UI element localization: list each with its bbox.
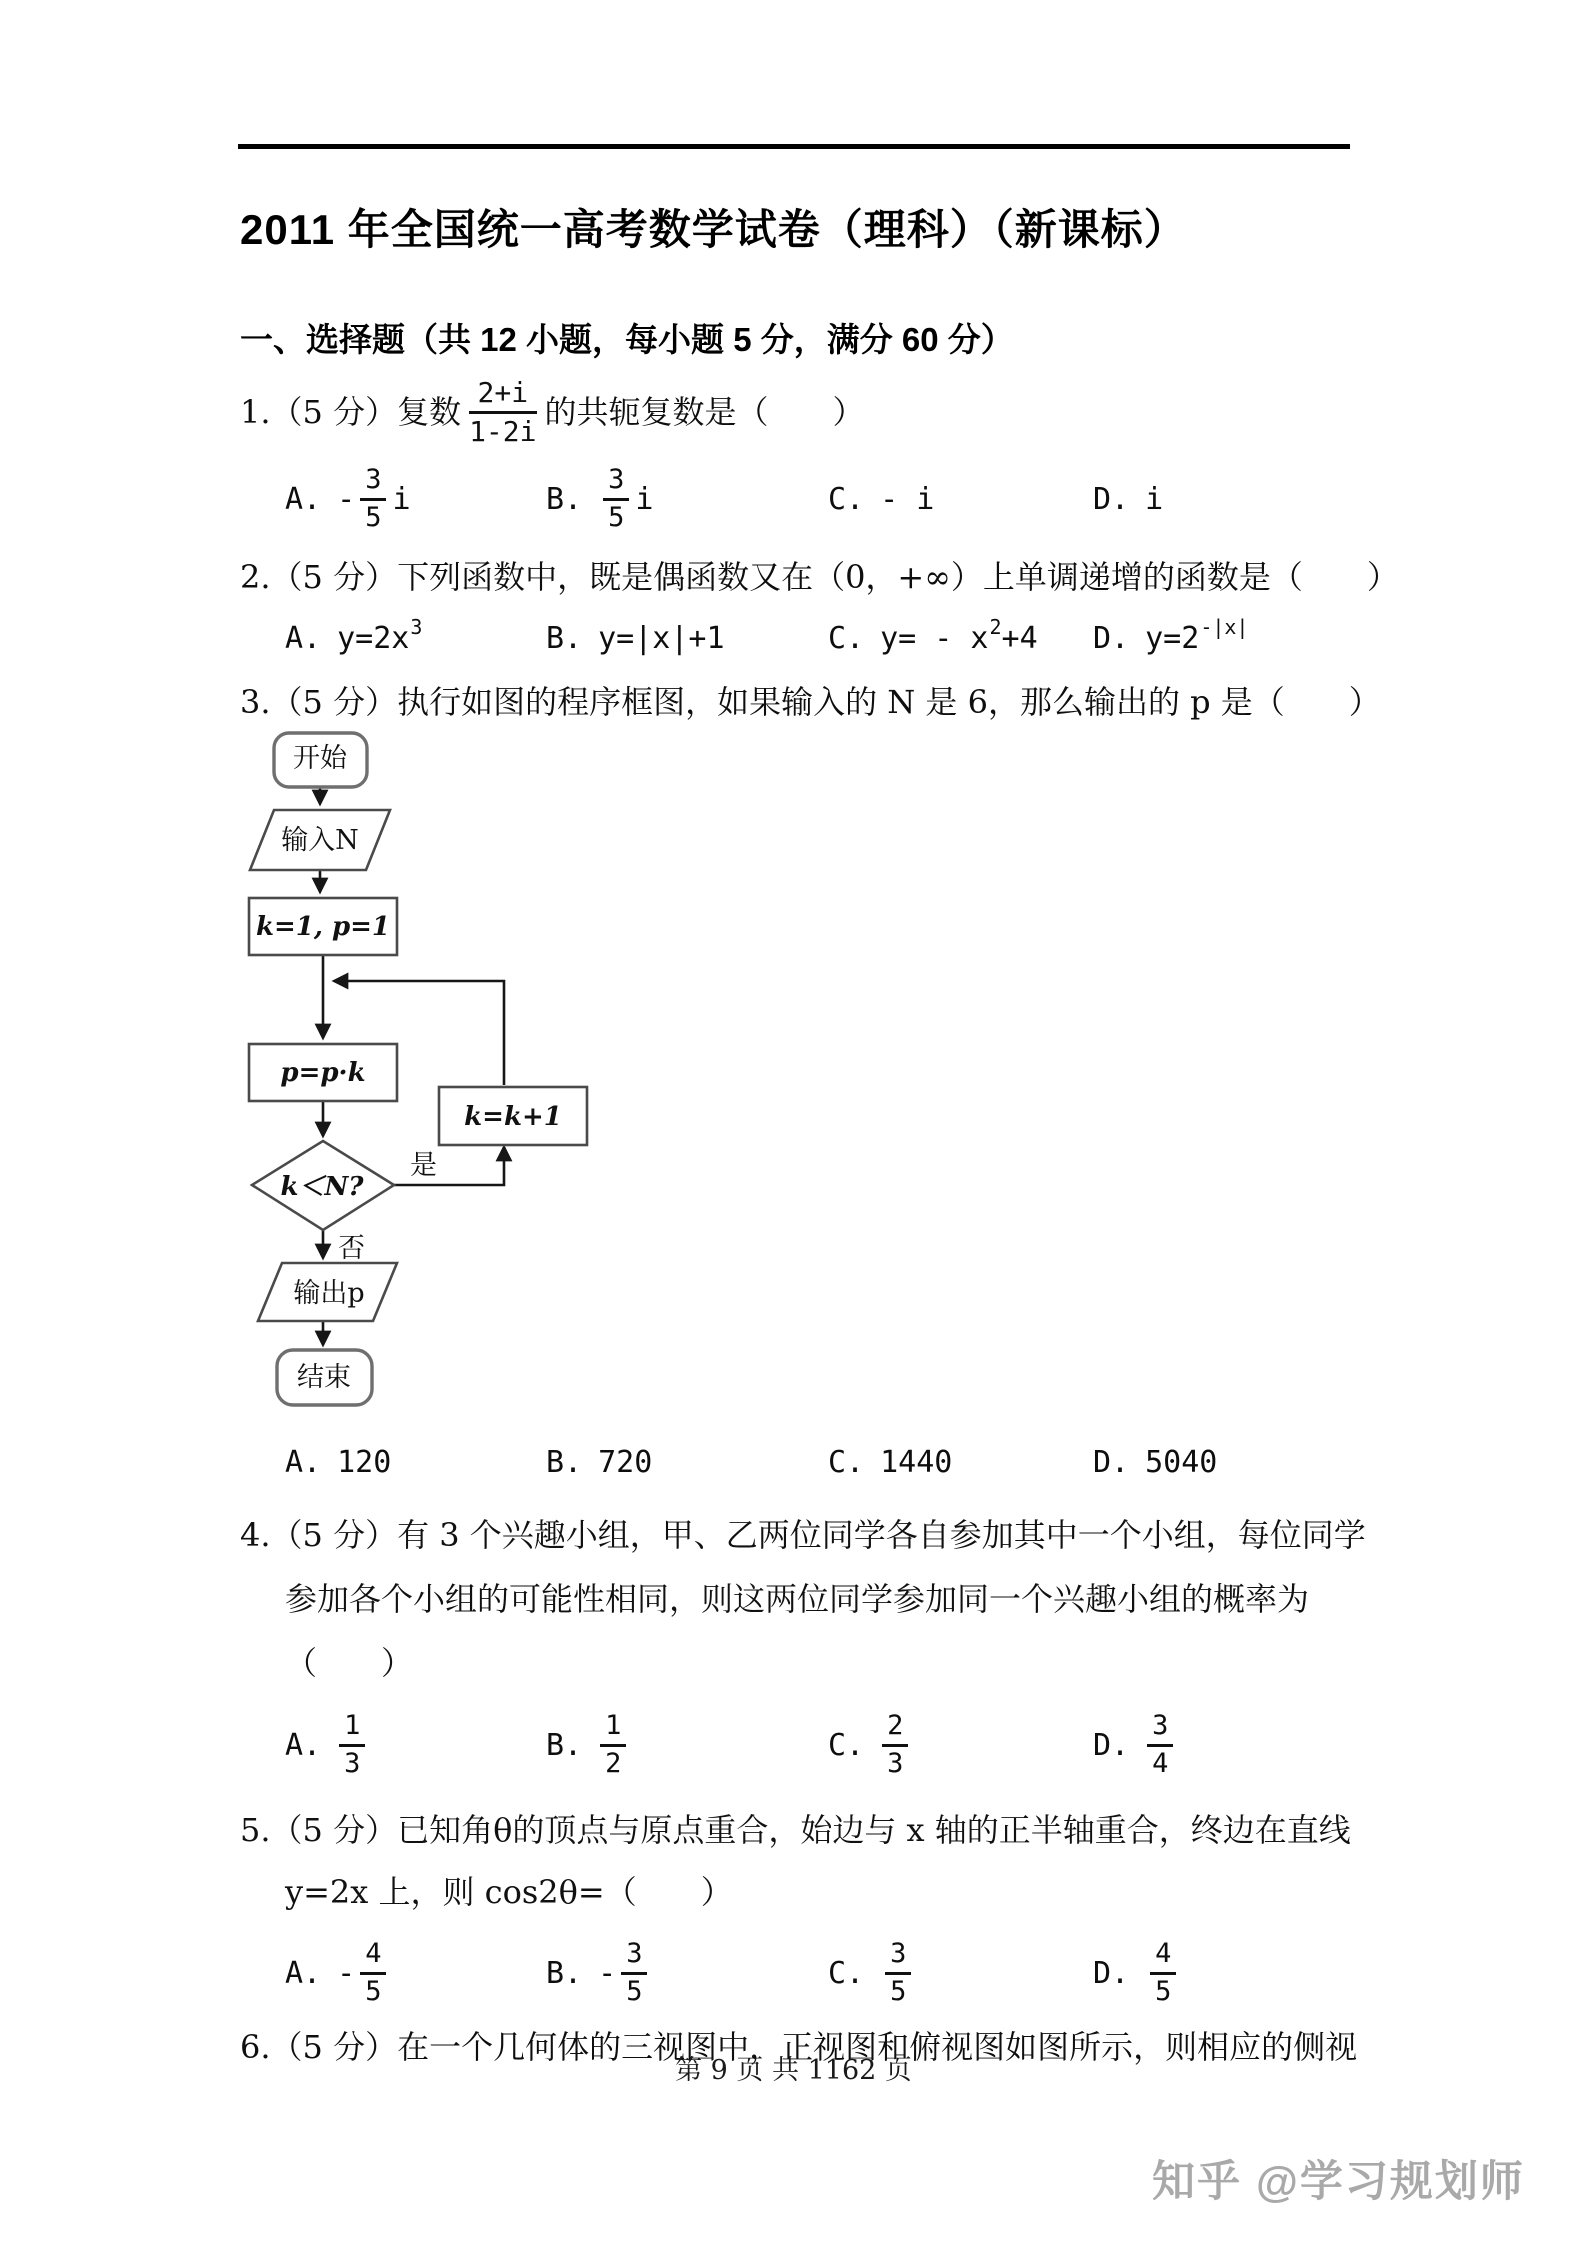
option-3b: B.720 xyxy=(546,1445,828,1480)
question-4-options: A.13 B.12 C.23 D.34 xyxy=(240,1701,1437,1789)
option-4b: B.12 xyxy=(546,1710,828,1781)
watermark: 知乎 @学习规划师 xyxy=(1152,2148,1525,2209)
question-1: 1.（5 分）复数2+i1-2i的共轭复数是（ ） xyxy=(240,376,1437,449)
flowchart-start-label: 开始 xyxy=(293,743,348,774)
question-2-options: A.y=2x3 B.y=|x|+1 C.y= - x2+4 D.y=2-|x| xyxy=(240,613,1437,663)
question-4-line1: 4.（5 分）有 3 个兴趣小组，甲、乙两位同学各自参加其中一个小组，每位同学 xyxy=(240,1503,1437,1567)
flowchart-end-label: 结束 xyxy=(297,1362,351,1393)
question-5: 5.（5 分）已知角θ的顶点与原点重合，始边与 x 轴的正半轴重合，终边在直线 … xyxy=(240,1799,1437,1923)
option-5b-fraction: 35 xyxy=(621,1938,647,2009)
question-5-line1: 5.（5 分）已知角θ的顶点与原点重合，始边与 x 轴的正半轴重合，终边在直线 xyxy=(240,1799,1437,1861)
option-5c: C.35 xyxy=(828,1938,1093,2009)
option-4c: C.23 xyxy=(828,1710,1093,1781)
option-5d-fraction: 45 xyxy=(1150,1938,1176,2009)
question-4-line3: （ ） xyxy=(240,1631,1437,1695)
question-3-options: A.120 B.720 C.1440 D.5040 xyxy=(240,1437,1437,1487)
option-1b: B.35i xyxy=(546,464,828,535)
page-title: 2011 年全国统一高考数学试卷（理科）（新课标） xyxy=(240,205,1437,255)
option-4c-fraction: 23 xyxy=(882,1710,908,1781)
flowchart-no-label: 否 xyxy=(338,1233,365,1264)
flowchart-yes-label: 是 xyxy=(410,1150,437,1181)
flowchart-output-label: 输出p xyxy=(293,1278,364,1309)
option-1b-fraction: 35 xyxy=(603,464,629,535)
question-4: 4.（5 分）有 3 个兴趣小组，甲、乙两位同学各自参加其中一个小组，每位同学 … xyxy=(240,1503,1437,1695)
question-1-fraction: 2+i1-2i xyxy=(469,376,536,449)
page-content: 2011 年全国统一高考数学试卷（理科）（新课标） 一、选择题（共 12 小题，… xyxy=(0,0,1587,2070)
flowchart-increment-label: k=k+1 xyxy=(464,1102,562,1132)
option-5d: D.45 xyxy=(1093,1938,1437,2009)
option-2b: B.y=|x|+1 xyxy=(546,621,828,656)
option-4b-fraction: 12 xyxy=(600,1710,626,1781)
option-4d: D.34 xyxy=(1093,1710,1437,1781)
question-3-flowchart: 开始 输入N k=1, p=1 p=p·k k＜N? k=k+1 是 否 输出p… xyxy=(244,730,864,1412)
option-4d-fraction: 34 xyxy=(1147,1710,1173,1781)
question-5-options: A.-45 B.-35 C.35 D.45 xyxy=(240,1929,1437,2017)
option-5c-fraction: 35 xyxy=(885,1938,911,2009)
flowchart-init-label: k=1, p=1 xyxy=(256,912,390,942)
option-4a-fraction: 13 xyxy=(339,1710,365,1781)
option-2a: A.y=2x3 xyxy=(285,621,546,656)
footer-page-number: 第 9 页 共 1162 页 xyxy=(0,2048,1587,2087)
option-5a: A.-45 xyxy=(285,1938,546,2009)
option-3d: D.5040 xyxy=(1093,1445,1437,1480)
option-3a: A.120 xyxy=(285,1445,546,1480)
question-1-prefix: 1.（5 分）复数 xyxy=(240,390,461,435)
option-5a-fraction: 45 xyxy=(360,1938,386,2009)
exam-page: 2011 年全国统一高考数学试卷（理科）（新课标） 一、选择题（共 12 小题，… xyxy=(0,0,1587,2245)
option-4a: A.13 xyxy=(285,1710,546,1781)
question-2: 2.（5 分）下列函数中，既是偶函数又在（0，+∞）上单调递增的函数是（ ） xyxy=(240,555,1437,600)
option-2d: D.y=2-|x| xyxy=(1093,621,1437,656)
option-5b: B.-35 xyxy=(546,1938,828,2009)
option-2c: C.y= - x2+4 xyxy=(828,621,1093,656)
flowchart-multiply-label: p=p·k xyxy=(280,1058,365,1088)
flowchart-decision-label: k＜N? xyxy=(280,1172,364,1202)
section-heading: 一、选择题（共 12 小题，每小题 5 分，满分 60 分） xyxy=(240,317,1437,363)
question-1-options: A.-35i B.35i C.- i D.i xyxy=(240,455,1437,543)
option-1a: A.-35i xyxy=(285,464,546,535)
option-1d: D.i xyxy=(1093,482,1437,517)
option-1c: C.- i xyxy=(828,482,1093,517)
option-3c: C.1440 xyxy=(828,1445,1093,1480)
flowchart-canvas: 开始 输入N k=1, p=1 p=p·k k＜N? k=k+1 是 否 输出p… xyxy=(244,730,864,1412)
question-4-line2: 参加各个小组的可能性相同，则这两位同学参加同一个兴趣小组的概率为 xyxy=(240,1567,1437,1631)
question-5-line2: y=2x 上，则 cos2θ=（ ） xyxy=(240,1861,1437,1923)
question-1-suffix: 的共轭复数是（ ） xyxy=(545,390,865,435)
option-1a-fraction: 35 xyxy=(360,464,386,535)
flowchart-input-label: 输入N xyxy=(281,825,359,856)
question-3: 3.（5 分）执行如图的程序框图，如果输入的 N 是 6，那么输出的 p 是（ … xyxy=(240,680,1437,725)
